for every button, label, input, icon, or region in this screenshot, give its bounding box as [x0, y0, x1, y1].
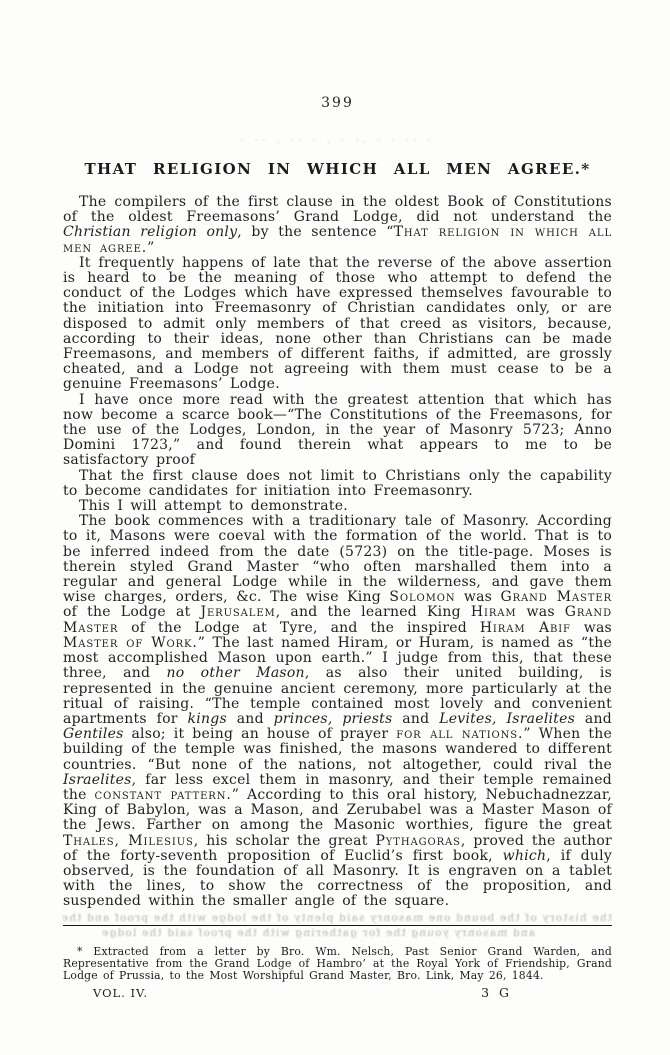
- page-footer: VOL. IV. 3 G: [63, 985, 612, 1000]
- scan-smudge-artifact: · ·· . ·· · . · ·. · · ·· ·: [63, 137, 612, 147]
- scanned-page: 399 · ·· . ·· · . · ·. · · ·· · THAT REL…: [0, 0, 670, 1055]
- article-title: THAT RELIGION IN WHICH ALL MEN AGREE.*: [63, 160, 612, 178]
- volume-label: VOL. IV.: [93, 986, 148, 1000]
- paragraph: The book commences with a traditionary t…: [63, 514, 612, 909]
- paragraph: The compilers of the first clause in the…: [63, 195, 612, 256]
- footnote-text: * Extracted from a letter by Bro. Wm. Ne…: [63, 946, 612, 983]
- body-text: The compilers of the first clause in the…: [63, 195, 612, 910]
- footnote-rule: [63, 925, 612, 926]
- showthrough-artifact-bottom: and masonry young the for gathering with…: [63, 927, 535, 939]
- paragraph: I have once more read with the greatest …: [63, 393, 612, 469]
- paragraph: This I will attempt to demonstrate.: [63, 499, 612, 514]
- showthrough-artifact-top: the history of the bound one masonry sai…: [63, 912, 612, 924]
- page-number: 399: [63, 95, 612, 111]
- signature-label: 3 G: [481, 985, 512, 1000]
- paragraph: That the first clause does not limit to …: [63, 469, 612, 499]
- paragraph: It frequently happens of late that the r…: [63, 256, 612, 393]
